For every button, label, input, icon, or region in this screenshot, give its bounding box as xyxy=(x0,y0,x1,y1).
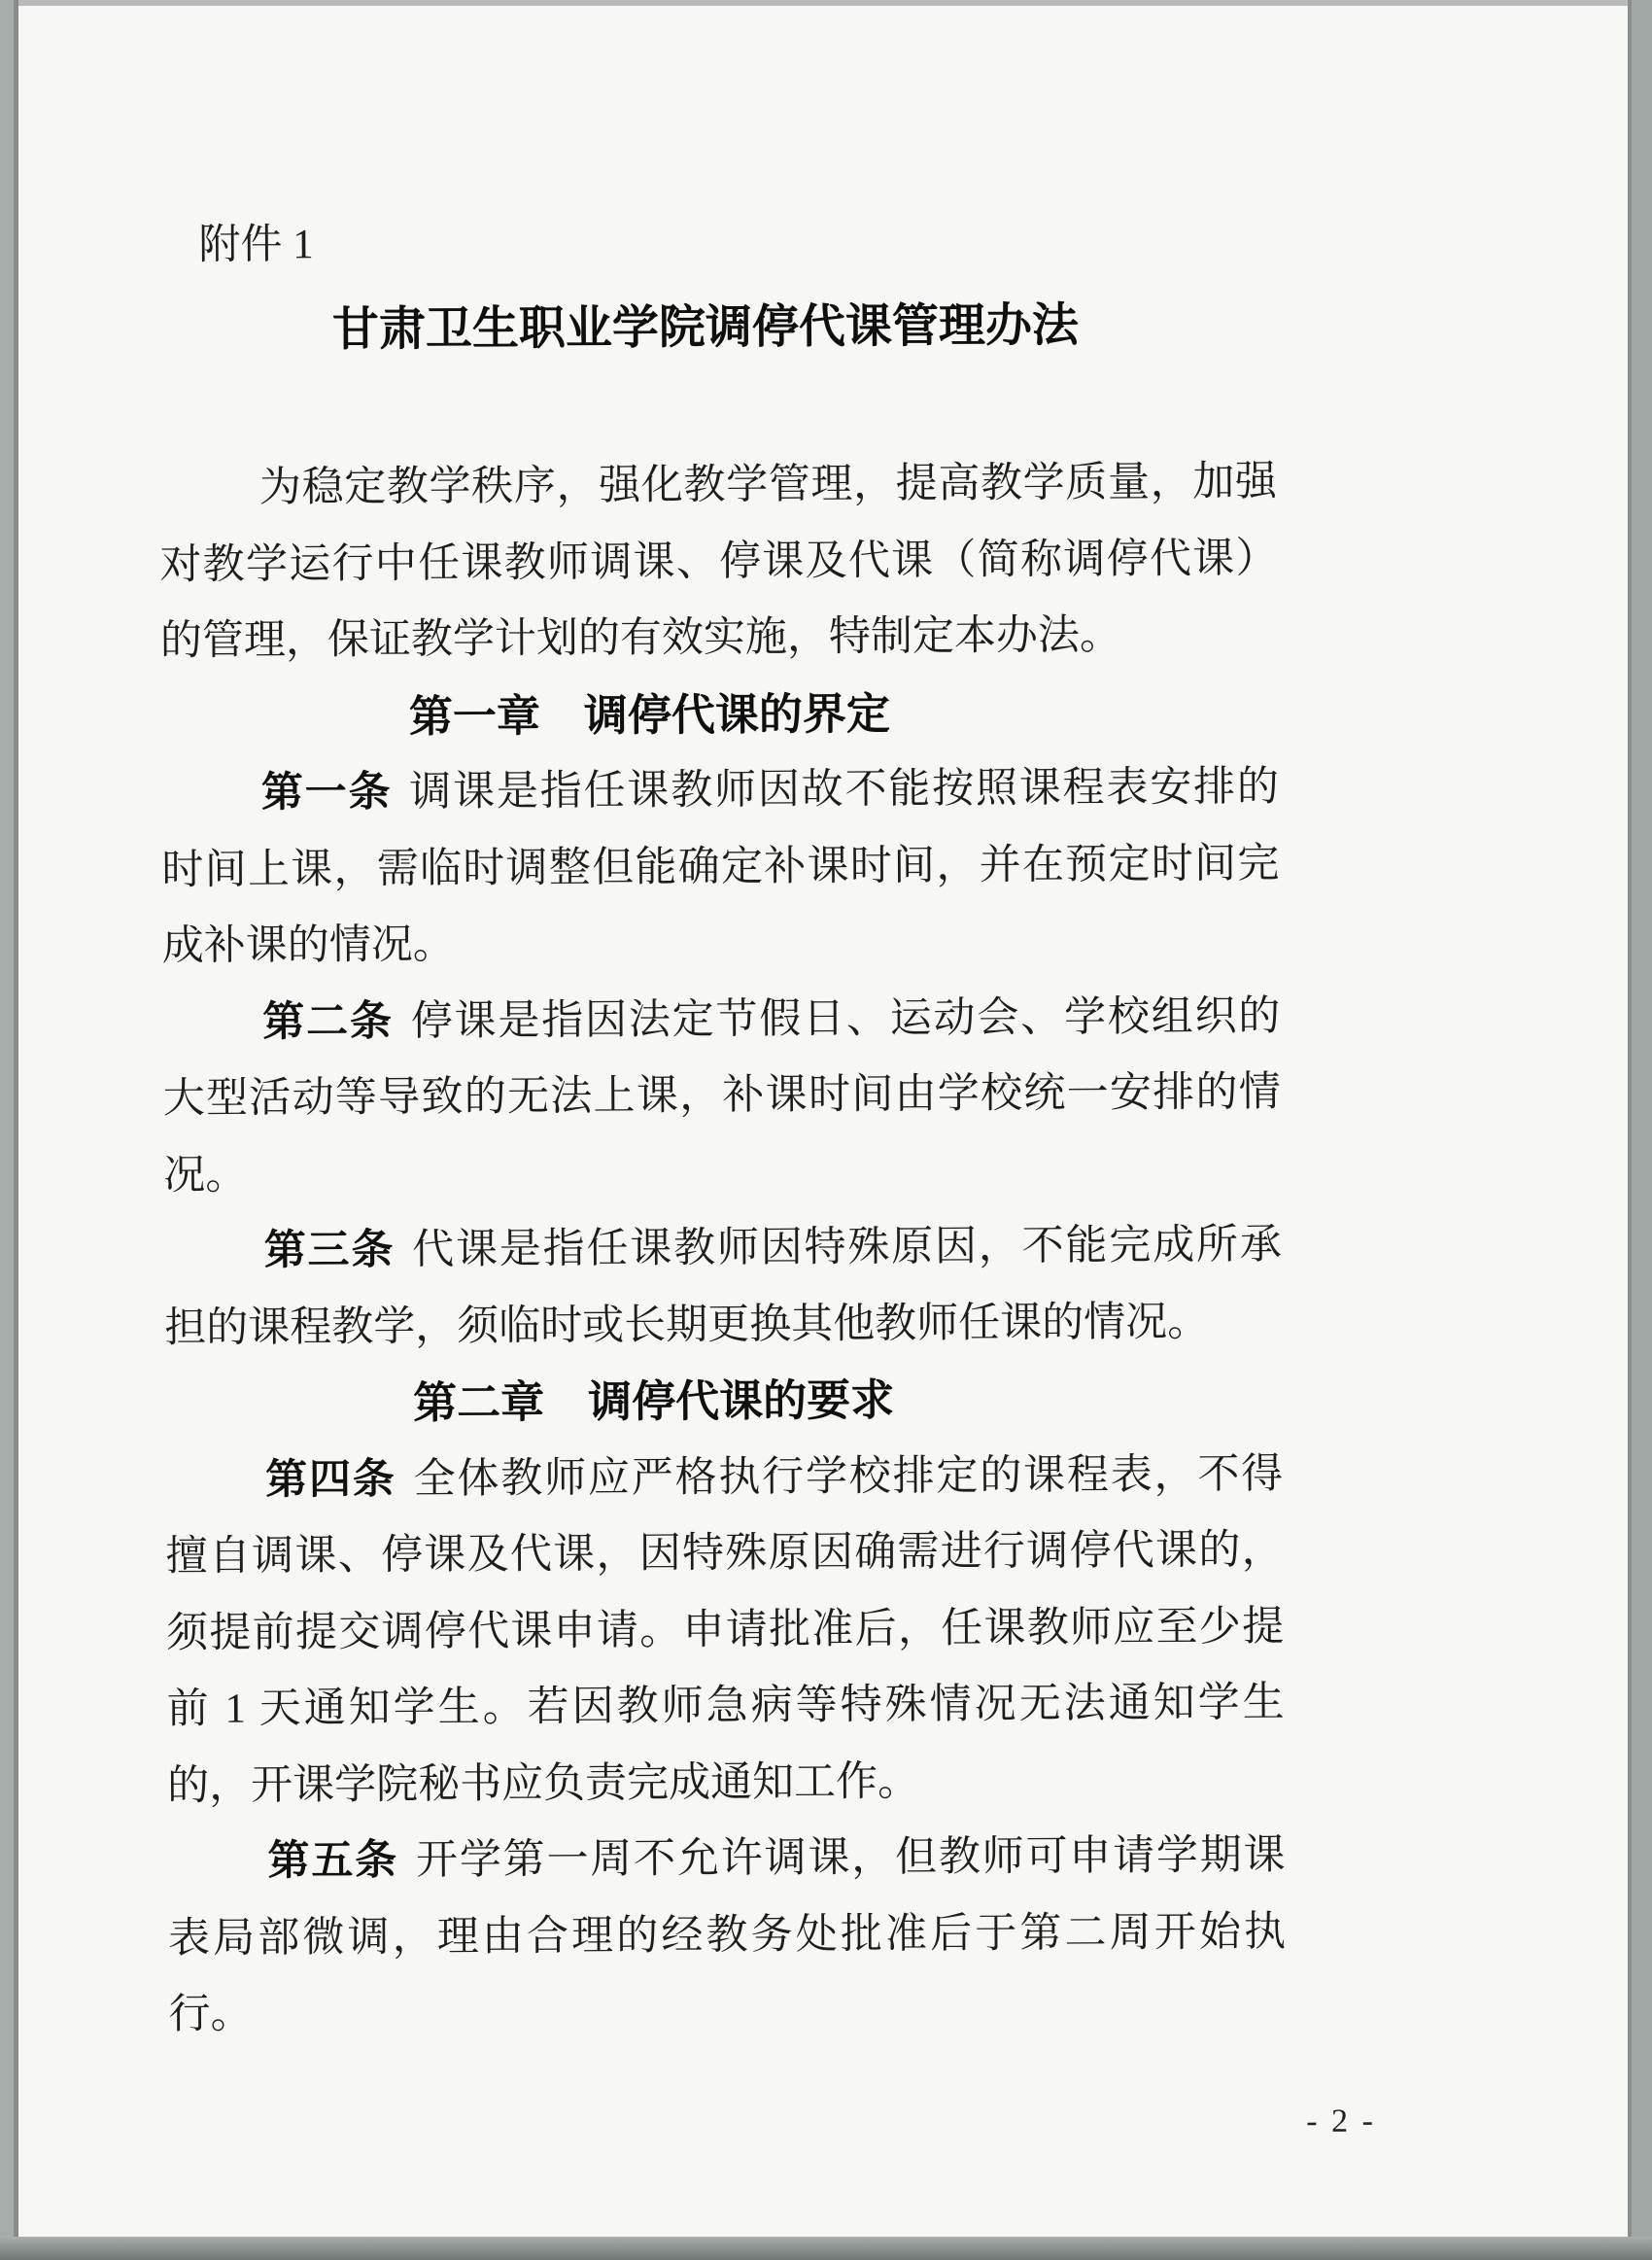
article-1-paragraph: 第一条调课是指任课教师因故不能按照课程表安排的时间上课，需临时调整但能确定补课时… xyxy=(161,749,1280,986)
chapter-2-heading: 第二章 调停代课的要求 xyxy=(94,1361,1212,1444)
article-5-paragraph: 第五条开学第一周不允许调课，但教师可申请学期课表局部微调，理由合理的经教务处批准… xyxy=(167,1818,1286,2054)
article-5-number: 第五条 xyxy=(267,1838,398,1885)
article-2-paragraph: 第二条停课是指因法定节假日、运动会、学校组织的大型活动等导致的无法上课，补课时间… xyxy=(162,979,1281,1215)
article-2-number: 第二条 xyxy=(262,998,394,1045)
document-body: 为稳定教学秩序，强化教学管理，提高教学质量，加强对教学运行中任课教师调课、停课及… xyxy=(159,444,1287,2053)
document-title: 甘肃卫生职业学院调停代课管理办法 xyxy=(147,296,1264,360)
document-content: 附件 1 甘肃卫生职业学院调停代课管理办法 为稳定教学秩序，强化教学管理，提高教… xyxy=(0,0,1652,2260)
article-4-number: 第四条 xyxy=(265,1456,396,1503)
page-number: - 2 - xyxy=(1306,2103,1376,2141)
chapter-1-heading: 第一章 调停代课的界定 xyxy=(90,674,1208,757)
article-1-number: 第一条 xyxy=(261,770,393,817)
intro-paragraph: 为稳定教学秩序，强化教学管理，提高教学质量，加强对教学运行中任课教师调课、停课及… xyxy=(159,444,1278,680)
article-4-text: 全体教师应严格执行学校排定的课程表，不得擅自调课、停课及代课，因特殊原因确需进行… xyxy=(166,1451,1285,1809)
article-4-paragraph: 第四条全体教师应严格执行学校排定的课程表，不得擅自调课、停课及代课，因特殊原因确… xyxy=(165,1437,1285,1825)
attachment-label: 附件 1 xyxy=(198,221,314,270)
article-3-number: 第三条 xyxy=(264,1228,396,1274)
article-3-paragraph: 第三条代课是指任课教师因特殊原因，不能完成所承担的课程教学，须临时或长期更换其他… xyxy=(164,1207,1283,1367)
scanned-page: 附件 1 甘肃卫生职业学院调停代课管理办法 为稳定教学秩序，强化教学管理，提高教… xyxy=(0,0,1652,2260)
